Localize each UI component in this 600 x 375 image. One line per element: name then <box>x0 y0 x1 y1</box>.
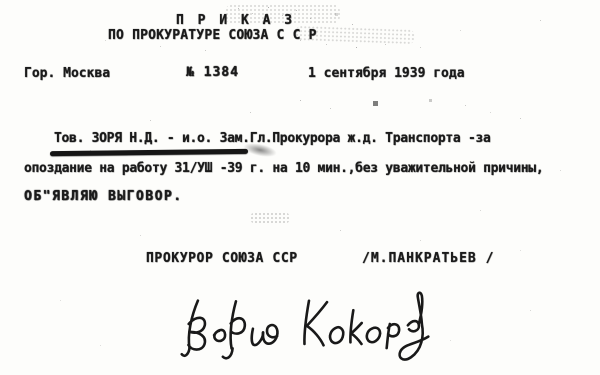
scanned-order-document: П Р И К А З ПО ПРОКУРАТУРЕ СОЮЗА С С Р Г… <box>0 0 600 375</box>
scan-noise <box>0 0 1 1</box>
order-subtitle: ПО ПРОКУРАТУРЕ СОЮЗА С С Р <box>108 28 317 43</box>
order-number: № 1384 <box>186 65 239 80</box>
signatory-name: /М.ПАНКРАТЬЕВ / <box>362 251 494 266</box>
signatory-title: ПРОКУРОР СОЮЗА ССР <box>146 251 298 266</box>
order-date: 1 сентября 1939 года <box>308 66 465 81</box>
body-line-2: опоздание на работу 31/УШ -39 г. на 10 м… <box>24 161 543 176</box>
handwritten-signature <box>157 283 450 375</box>
emphasis-underline <box>50 149 248 156</box>
city-label: Гор. Москва <box>24 66 110 81</box>
body-line-1: Тов. ЗОРЯ Н.Д. - и.о. Зам.Гл.Прокурора ж… <box>54 131 491 146</box>
order-title: П Р И К А З <box>176 13 295 28</box>
scan-halftone-patch <box>250 212 290 224</box>
body-line-3: ОБ"ЯВЛЯЮ ВЫГОВОР. <box>24 189 183 204</box>
